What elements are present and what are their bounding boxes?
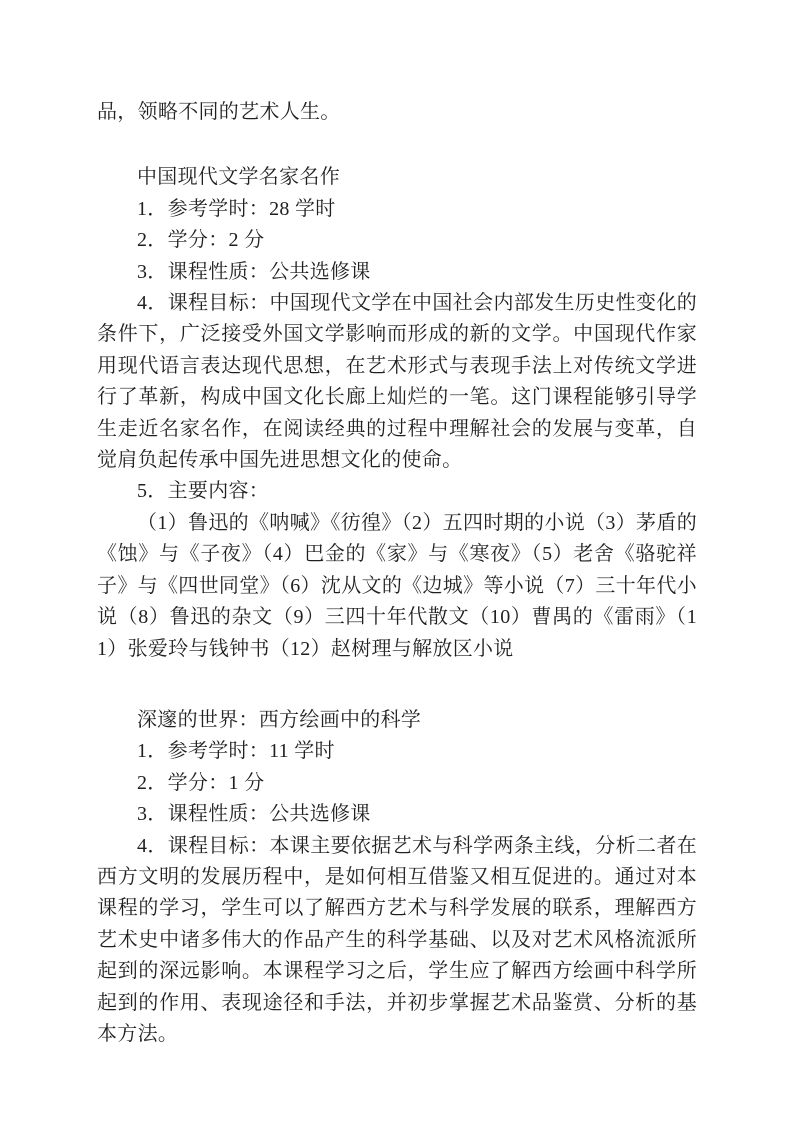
course-item-type: 3．课程性质：公共选修课 <box>97 799 697 830</box>
course-title-modern-chinese-literature: 中国现代文学名家名作 <box>97 162 697 193</box>
paragraph-continuation: 品，领略不同的艺术人生。 <box>97 97 697 128</box>
blank-line <box>97 128 697 162</box>
course-item-credits: 2．学分：2 分 <box>97 225 697 256</box>
course-item-hours: 1．参考学时：11 学时 <box>97 736 697 767</box>
document-body: 品，领略不同的艺术人生。 中国现代文学名家名作 1．参考学时：28 学时 2．学… <box>97 97 697 1050</box>
course-item-credits: 2．学分：1 分 <box>97 768 697 799</box>
course-title-science-in-western-painting: 深邃的世界：西方绘画中的科学 <box>97 705 697 736</box>
course-item-objective: 4．课程目标：中国现代文学在中国社会内部发生历史性变化的条件下，广泛接受外国文学… <box>97 288 697 476</box>
course-item-objective: 4．课程目标：本课主要依据艺术与科学两条主线，分析二者在西方文明的发展历程中，是… <box>97 831 697 1051</box>
course-item-content-label: 5．主要内容： <box>97 476 697 507</box>
course-item-type: 3．课程性质：公共选修课 <box>97 257 697 288</box>
document-page: 品，领略不同的艺术人生。 中国现代文学名家名作 1．参考学时：28 学时 2．学… <box>0 0 793 1122</box>
blank-line <box>97 665 697 705</box>
course-item-hours: 1．参考学时：28 学时 <box>97 194 697 225</box>
course-content-list: （1）鲁迅的《呐喊》《彷徨》（2）五四时期的小说（3）茅盾的《蚀》与《子夜》（4… <box>97 508 697 665</box>
